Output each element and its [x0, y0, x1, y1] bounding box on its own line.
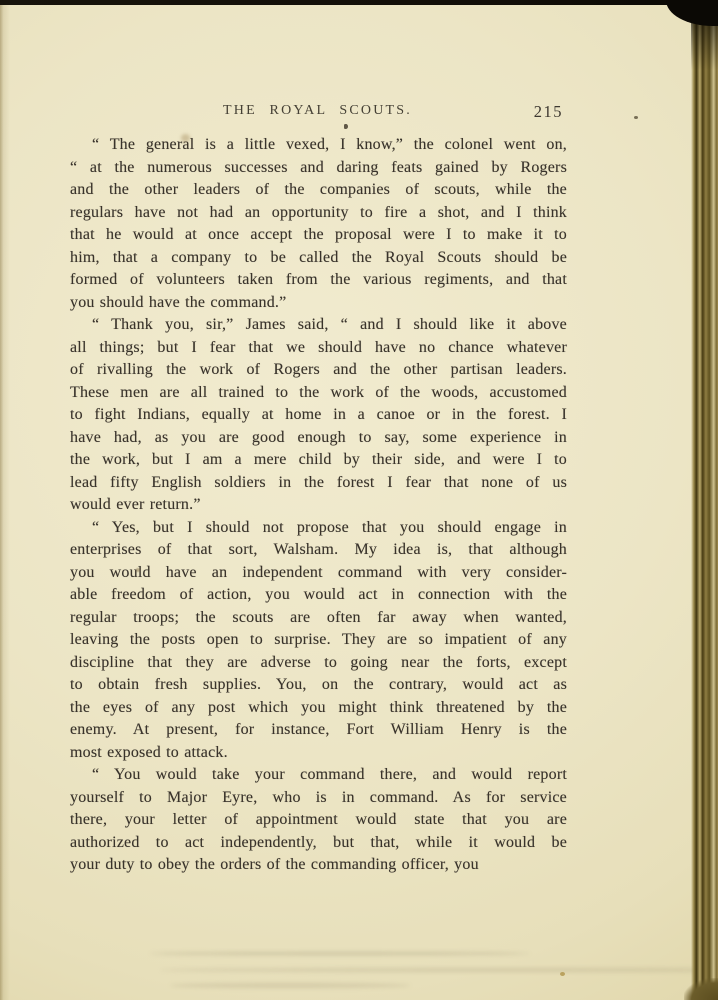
book-page-edges — [691, 0, 718, 1000]
text-line: would ever return.” — [70, 494, 567, 517]
text-line: “ Thank you, sir,” James said, “ and I s… — [70, 314, 567, 337]
text-line: able freedom of action, you would act in… — [70, 584, 567, 607]
text-line: have had, as you are good enough to say,… — [70, 427, 567, 450]
text-line: of rivalling the work of Rogers and the … — [70, 359, 567, 382]
chapter-running-title: THE ROYAL SCOUTS. — [223, 103, 412, 119]
text-line: and the other leaders of the companies o… — [70, 179, 567, 202]
paragraph: “ You would take your command there, and… — [70, 764, 567, 877]
book-page-scan: THE ROYAL SCOUTS. 215 “ The general is a… — [0, 0, 718, 1000]
bottom-right-edge-shadow — [684, 978, 718, 1000]
paper-speck — [181, 134, 190, 142]
text-line: “ at the numerous successes and daring f… — [70, 157, 567, 180]
text-line: the work, but I am a mere child by their… — [70, 449, 567, 472]
text-line: enterprises of that sort, Walsham. My id… — [70, 539, 567, 562]
text-line: to obtain fresh supplies. You, on the co… — [70, 674, 567, 697]
text-line: you should have the command.” — [70, 292, 567, 315]
text-line: regular troops; the scouts are often far… — [70, 607, 567, 630]
paper-speck — [344, 124, 348, 129]
paragraph: “ The general is a little vexed, I know,… — [70, 134, 567, 314]
text-line: that he would at once accept the proposa… — [70, 224, 567, 247]
text-line: you would have an independent command wi… — [70, 562, 567, 585]
text-line: all things; but I fear that we should ha… — [70, 337, 567, 360]
text-line: leaving the posts open to surprise. They… — [70, 629, 567, 652]
text-line: your duty to obey the orders of the comm… — [70, 854, 567, 877]
text-line: “ You would take your command there, and… — [70, 764, 567, 787]
page-curvature-streak — [170, 983, 410, 988]
text-block: “ The general is a little vexed, I know,… — [70, 134, 567, 877]
text-line: authorized to act independently, but tha… — [70, 832, 567, 855]
text-line: the eyes of any post which you might thi… — [70, 697, 567, 720]
text-line: These men are all trained to the work of… — [70, 382, 567, 405]
paper-speck — [634, 116, 638, 119]
text-line: lead fifty English soldiers in the fores… — [70, 472, 567, 495]
text-line: there, your letter of appointment would … — [70, 809, 567, 832]
text-line: formed of volunteers taken from the vari… — [70, 269, 567, 292]
text-line: him, that a company to be called the Roy… — [70, 247, 567, 270]
text-line: enemy. At present, for instance, Fort Wi… — [70, 719, 567, 742]
text-line: regulars have not had an opportunity to … — [70, 202, 567, 225]
text-line: “ Yes, but I should not propose that you… — [70, 517, 567, 540]
paragraph: “ Thank you, sir,” James said, “ and I s… — [70, 314, 567, 517]
page-number: 215 — [534, 102, 563, 122]
running-header: THE ROYAL SCOUTS. 215 — [70, 103, 565, 123]
paper-speck — [136, 568, 140, 572]
text-line: most exposed to attack. — [70, 742, 567, 765]
text-line: to fight Indians, equally at home in a c… — [70, 404, 567, 427]
text-line: yourself to Major Eyre, who is in comman… — [70, 787, 567, 810]
text-line: “ The general is a little vexed, I know,… — [70, 134, 567, 157]
text-line: discipline that they are adverse to goin… — [70, 652, 567, 675]
left-edge-shading — [0, 0, 10, 1000]
page-curvature-streak — [150, 952, 530, 955]
scan-top-band — [0, 0, 718, 5]
paragraph: “ Yes, but I should not propose that you… — [70, 517, 567, 765]
paper-speck — [560, 972, 565, 976]
